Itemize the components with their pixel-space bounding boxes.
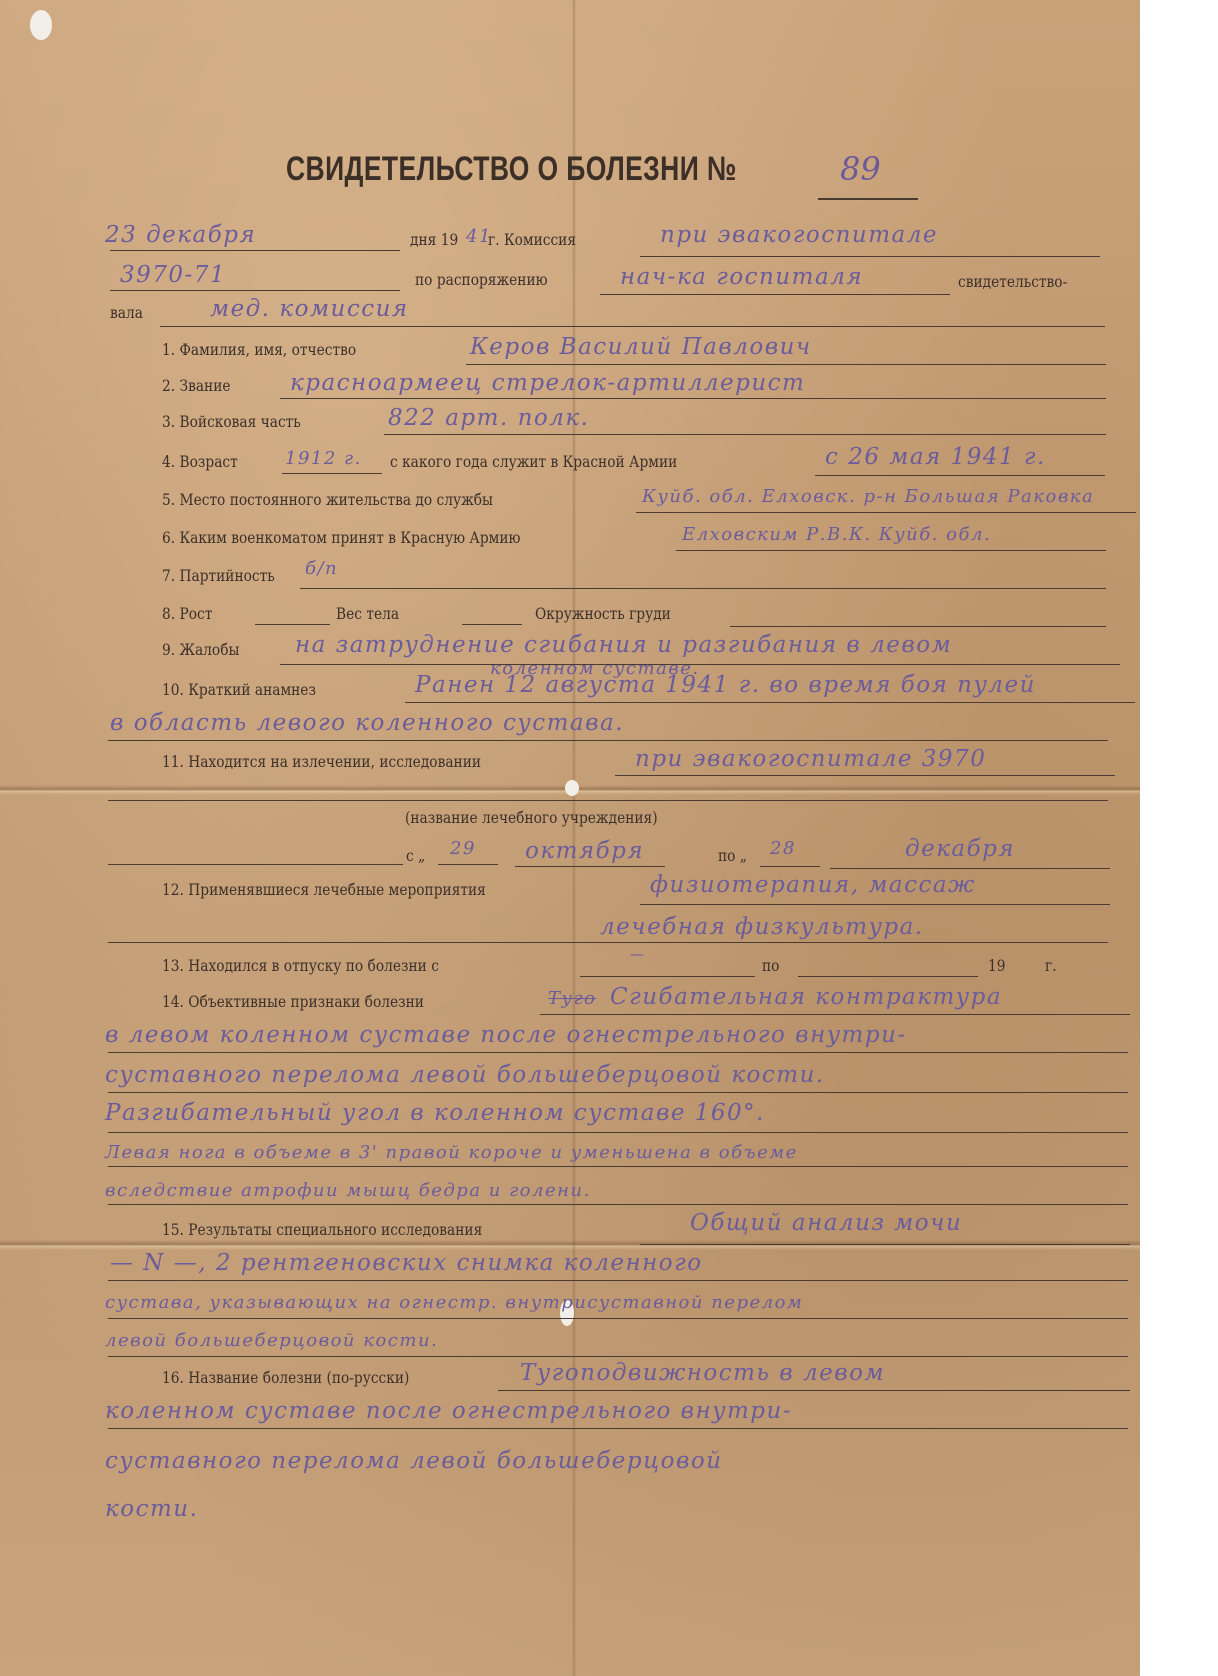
field-12-label: 12. Применявшиеся лечебные мероприятия bbox=[162, 880, 486, 899]
field-10-line bbox=[405, 702, 1135, 703]
field-15-rule-1 bbox=[108, 1280, 1128, 1281]
field-16-line-3: кости. bbox=[105, 1496, 198, 1522]
paper-hole bbox=[565, 780, 579, 796]
field-8-label2: Вес тела bbox=[336, 604, 399, 623]
label-day: дня 19 bbox=[410, 230, 458, 249]
field-16-label: 16. Название болезни (по-русски) bbox=[162, 1368, 409, 1387]
field-15-line-3: левой большеберцовой кости. bbox=[105, 1330, 438, 1351]
field-1-label: 1. Фамилия, имя, отчество bbox=[162, 340, 356, 359]
field-11-caption: (название лечебного учреждения) bbox=[405, 808, 658, 827]
field-11-from-day: 29 bbox=[450, 838, 476, 859]
field-14-line-3: Разгибательный угол в коленном суставе 1… bbox=[105, 1100, 765, 1126]
order-value: нач-ка госпиталя bbox=[620, 264, 863, 290]
date-value: 23 декабря bbox=[105, 222, 256, 248]
field-4-line bbox=[282, 473, 382, 474]
field-11-value: при эвакогоспитале 3970 bbox=[635, 746, 986, 772]
field-2-value: красноармеец стрелок-артиллерист bbox=[290, 370, 805, 396]
field-1-line bbox=[466, 364, 1106, 365]
field-16-line-2: суставного перелома левой большеберцовой bbox=[105, 1448, 723, 1474]
field-13-label4: г. bbox=[1045, 956, 1057, 975]
field-1-value: Керов Василий Павлович bbox=[470, 334, 812, 360]
commission-line bbox=[640, 256, 1100, 257]
field-3-line bbox=[384, 434, 1106, 435]
field-16-rule-1 bbox=[108, 1428, 1128, 1429]
hospital-number-value: 3970-71 bbox=[120, 262, 226, 288]
paper-fold-horizontal bbox=[0, 1240, 1140, 1250]
field-4-line2 bbox=[815, 475, 1105, 476]
vala-value: мед. комиссия bbox=[210, 296, 409, 322]
field-13-value: — bbox=[630, 944, 644, 963]
field-15-line-1: — N —, 2 рентгеновских снимка коленного bbox=[110, 1250, 703, 1276]
commission-value: при эвакогоспитале bbox=[660, 222, 938, 248]
field-12-value-cont: лечебная физкультура. bbox=[600, 914, 924, 940]
field-3-value: 822 арт. полк. bbox=[388, 405, 589, 431]
field-5-label: 5. Место постоянного жительства до служб… bbox=[162, 490, 493, 509]
field-14-line-2: суставного перелома левой большеберцовой… bbox=[105, 1062, 825, 1088]
field-11-from-label: с „ bbox=[406, 846, 425, 865]
order-line bbox=[600, 294, 950, 295]
field-14-rule-2 bbox=[108, 1092, 1128, 1093]
field-10-value-cont: в область левого коленного сустава. bbox=[110, 710, 624, 736]
field-5-line bbox=[636, 512, 1136, 513]
field-11-to-label: по „ bbox=[718, 846, 747, 865]
field-9-line bbox=[280, 664, 1120, 665]
field-2-label: 2. Звание bbox=[162, 376, 231, 395]
field-13-label: 13. Находился в отпуску по болезни с bbox=[162, 956, 439, 975]
field-8-chest-line bbox=[730, 626, 1106, 627]
field-10-label: 10. Краткий анамнез bbox=[162, 680, 316, 699]
label-vala: вала bbox=[110, 303, 143, 322]
field-10-value: Ранен 12 августа 1941 г. во время боя пу… bbox=[415, 672, 1036, 698]
field-4-value2: с 26 мая 1941 г. bbox=[825, 444, 1046, 470]
field-14-struck-value: Туго bbox=[548, 988, 596, 1009]
field-9-value: на затруднение сгибания и разгибания в л… bbox=[295, 632, 952, 658]
field-6-label: 6. Каким военкоматом принят в Красную Ар… bbox=[162, 528, 520, 547]
field-14-rule-5 bbox=[108, 1204, 1128, 1205]
field-4-label: 4. Возраст bbox=[162, 452, 238, 471]
field-15-label: 15. Результаты специального исследования bbox=[162, 1220, 482, 1239]
field-15-value: Общий анализ мочи bbox=[690, 1210, 962, 1236]
field-14-rule-3 bbox=[108, 1132, 1128, 1133]
number-underline bbox=[818, 198, 918, 200]
field-11-label: 11. Находится на излечении, исследовании bbox=[162, 752, 481, 771]
field-3-label: 3. Войсковая часть bbox=[162, 412, 301, 431]
field-11-to-month-line bbox=[830, 868, 1110, 869]
field-14-rule-4 bbox=[108, 1166, 1128, 1167]
field-6-value: Елховским Р.В.К. Куйб. обл. bbox=[682, 524, 991, 545]
field-4-label2: с какого года служит в Красной Армии bbox=[390, 452, 677, 471]
field-13-label2: по bbox=[762, 956, 779, 975]
field-9-label: 9. Жалобы bbox=[162, 640, 239, 659]
document-number: 89 bbox=[840, 150, 881, 188]
field-15-line bbox=[640, 1244, 1130, 1245]
label-certified: свидетельство- bbox=[958, 272, 1067, 291]
certificate-paper: СВИДЕТЕЛЬСТВО О БОЛЕЗНИ № 89 23 декабря … bbox=[0, 0, 1140, 1676]
field-14-line-1: в левом коленном суставе после огнестрел… bbox=[105, 1022, 907, 1048]
field-12-value: физиотерапия, массаж bbox=[650, 872, 976, 898]
field-11-from-month-line bbox=[515, 866, 665, 867]
vala-line bbox=[160, 326, 1105, 327]
field-4-value: 1912 г. bbox=[285, 448, 362, 469]
field-14-rule-1 bbox=[108, 1052, 1128, 1053]
field-16-line bbox=[498, 1390, 1130, 1391]
field-11-line2 bbox=[108, 800, 1108, 801]
hospital-number-line bbox=[110, 290, 400, 291]
field-11-from-month: октября bbox=[525, 838, 644, 864]
field-16-line-1: коленном суставе после огнестрельного вн… bbox=[105, 1398, 792, 1424]
field-6-line bbox=[676, 550, 1106, 551]
field-15-rule-2 bbox=[108, 1318, 1128, 1319]
field-16-value: Тугоподвижность в левом bbox=[520, 1360, 885, 1386]
field-5-value: Куйб. обл. Елховск. р-н Большая Раковка bbox=[642, 486, 1094, 507]
field-14-label: 14. Объективные признаки болезни bbox=[162, 992, 424, 1011]
field-8-label3: Окружность груди bbox=[535, 604, 671, 623]
field-11-to-day: 28 bbox=[770, 838, 796, 859]
field-15-rule-3 bbox=[108, 1356, 1128, 1357]
field-11-line bbox=[615, 775, 1115, 776]
field-11-date-line bbox=[108, 864, 403, 865]
field-14-line bbox=[540, 1014, 1130, 1015]
field-8-height-line bbox=[255, 624, 330, 625]
label-commission: г. Комиссия bbox=[488, 230, 576, 249]
field-2-line bbox=[280, 398, 1106, 399]
paper-tear bbox=[30, 10, 52, 40]
field-13-from-line bbox=[580, 976, 755, 977]
document-title: СВИДЕТЕЛЬСТВО О БОЛЕЗНИ № bbox=[286, 150, 737, 189]
field-14-line-4: Левая нога в объеме в 3' правой короче и… bbox=[105, 1142, 798, 1163]
date-line bbox=[110, 250, 400, 251]
field-7-value: б/п bbox=[305, 558, 338, 579]
field-15-line-2: сустава, указывающих на огнестр. внутрис… bbox=[105, 1292, 803, 1313]
field-14-value: Сгибательная контрактура bbox=[610, 984, 1002, 1010]
field-12-line bbox=[640, 904, 1110, 905]
field-11-from-day-line bbox=[438, 864, 498, 865]
field-11-to-month: декабря bbox=[905, 836, 1015, 862]
field-13-label3: 19 bbox=[988, 956, 1006, 975]
field-7-line bbox=[300, 588, 1106, 589]
field-8-label: 8. Рост bbox=[162, 604, 212, 623]
field-7-label: 7. Партийность bbox=[162, 566, 275, 585]
field-12-line2 bbox=[108, 942, 1108, 943]
field-10-line2 bbox=[108, 740, 1108, 741]
field-14-line-5: вследствие атрофии мышц бедра и голени. bbox=[105, 1180, 591, 1201]
field-8-weight-line bbox=[462, 624, 522, 625]
field-11-to-day-line bbox=[760, 866, 820, 867]
label-order: по распоряжению bbox=[415, 270, 548, 289]
field-13-to-line bbox=[798, 976, 978, 977]
